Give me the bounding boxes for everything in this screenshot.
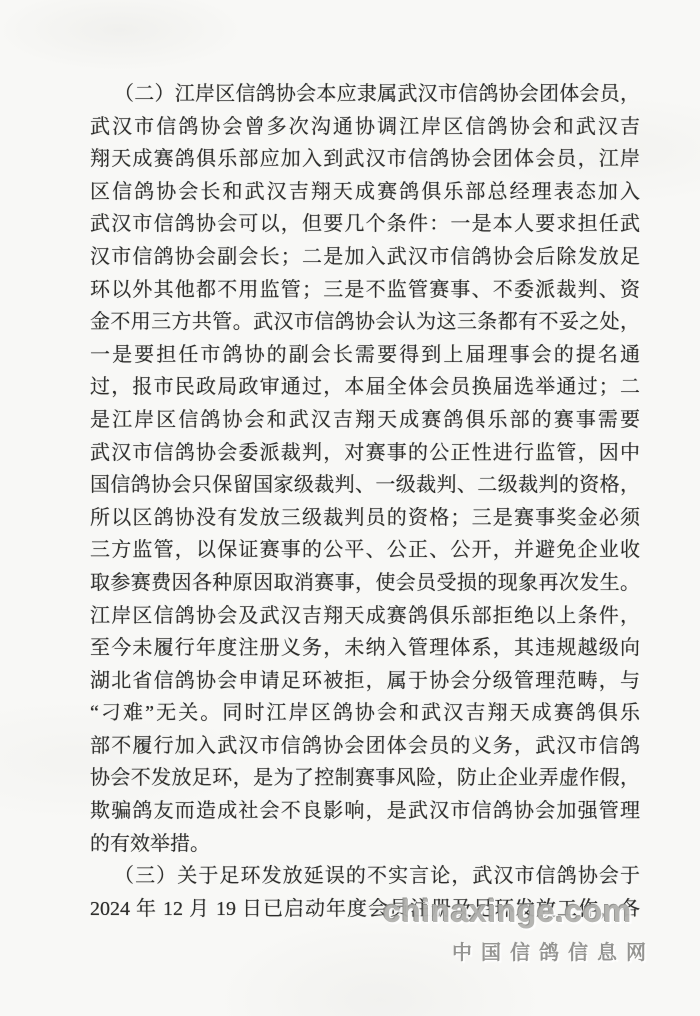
text-line: （三）关于足环发放延误的不实言论，武汉市信鸽协会于: [90, 860, 640, 893]
text-line: 至今未履行年度注册义务，未纳入管理体系，其违规越级向: [90, 632, 640, 665]
text-line: 汉市信鸽协会副会长；二是加入武汉市信鸽协会后除发放足: [90, 241, 640, 274]
text-line: “刁难”无关。同时江岸区鸽协会和武汉吉翔天成赛鸽俱乐: [90, 697, 640, 730]
text-line: 取参赛费因各种原因取消赛事，使会员受损的现象再次发生。: [90, 567, 640, 600]
text-line: 湖北省信鸽协会申请足环被拒，属于协会分级管理范畴，与: [90, 665, 640, 698]
watermark-site-cn-text: 中国信鸽信息网: [452, 936, 655, 965]
scanned-document-page: （二）江岸区信鸽协会本应隶属武汉市信鸽协会团体会员，武汉市信鸽协会曾多次沟通协调…: [0, 0, 700, 1016]
text-line: 国信鸽协会只保留国家级裁判、一级裁判、二级裁判的资格，: [90, 469, 640, 502]
text-line: 江岸区信鸽协会及武汉吉翔天成赛鸽俱乐部拒绝以上条件，: [90, 600, 640, 633]
text-line: 2024 年 12 月 19 日已启动年度会员注册及足环发放工作，各: [90, 893, 640, 926]
text-line: 一是要担任市鸽协的副会长需要得到上届理事会的提名通: [90, 339, 640, 372]
text-line: （二）江岸区信鸽协会本应隶属武汉市信鸽协会团体会员，: [90, 78, 640, 111]
text-line: 武汉市信鸽协会曾多次沟通协调江岸区信鸽协会和武汉吉: [90, 111, 640, 144]
text-line: 的有效举措。: [90, 828, 640, 861]
text-line: 部不履行加入武汉市信鸽协会团体会员的义务，武汉市信鸽: [90, 730, 640, 763]
text-line: 环以外其他都不用监管；三是不监管赛事、不委派裁判、资: [90, 274, 640, 307]
text-line: 所以区鸽协没有发放三级裁判员的资格；三是赛事奖金必须: [90, 502, 640, 535]
text-line: 武汉市信鸽协会委派裁判，对赛事的公正性进行监管，因中: [90, 437, 640, 470]
text-line: 欺骗鸽友而造成社会不良影响，是武汉市信鸽协会加强管理: [90, 795, 640, 828]
text-line: 协会不发放足环，是为了控制赛事风险，防止企业弄虚作假，: [90, 762, 640, 795]
text-line: 三方监管，以保证赛事的公平、公正、公开，并避免企业收: [90, 534, 640, 567]
text-line: 区信鸽协会长和武汉吉翔天成赛鸽俱乐部总经理表态加入: [90, 176, 640, 209]
text-line: 翔天成赛鸽俱乐部应加入到武汉市信鸽协会团体会员，江岸: [90, 143, 640, 176]
document-body: （二）江岸区信鸽协会本应隶属武汉市信鸽协会团体会员，武汉市信鸽协会曾多次沟通协调…: [90, 78, 640, 925]
text-line: 金不用三方共管。武汉市信鸽协会认为这三条都有不妥之处，: [90, 306, 640, 339]
text-line: 武汉市信鸽协会可以，但要几个条件：一是本人要求担任武: [90, 208, 640, 241]
text-line: 是江岸区信鸽协会和武汉吉翔天成赛鸽俱乐部的赛事需要: [90, 404, 640, 437]
text-line: 过，报市民政局政审通过，本届全体会员换届选举通过；二: [90, 371, 640, 404]
